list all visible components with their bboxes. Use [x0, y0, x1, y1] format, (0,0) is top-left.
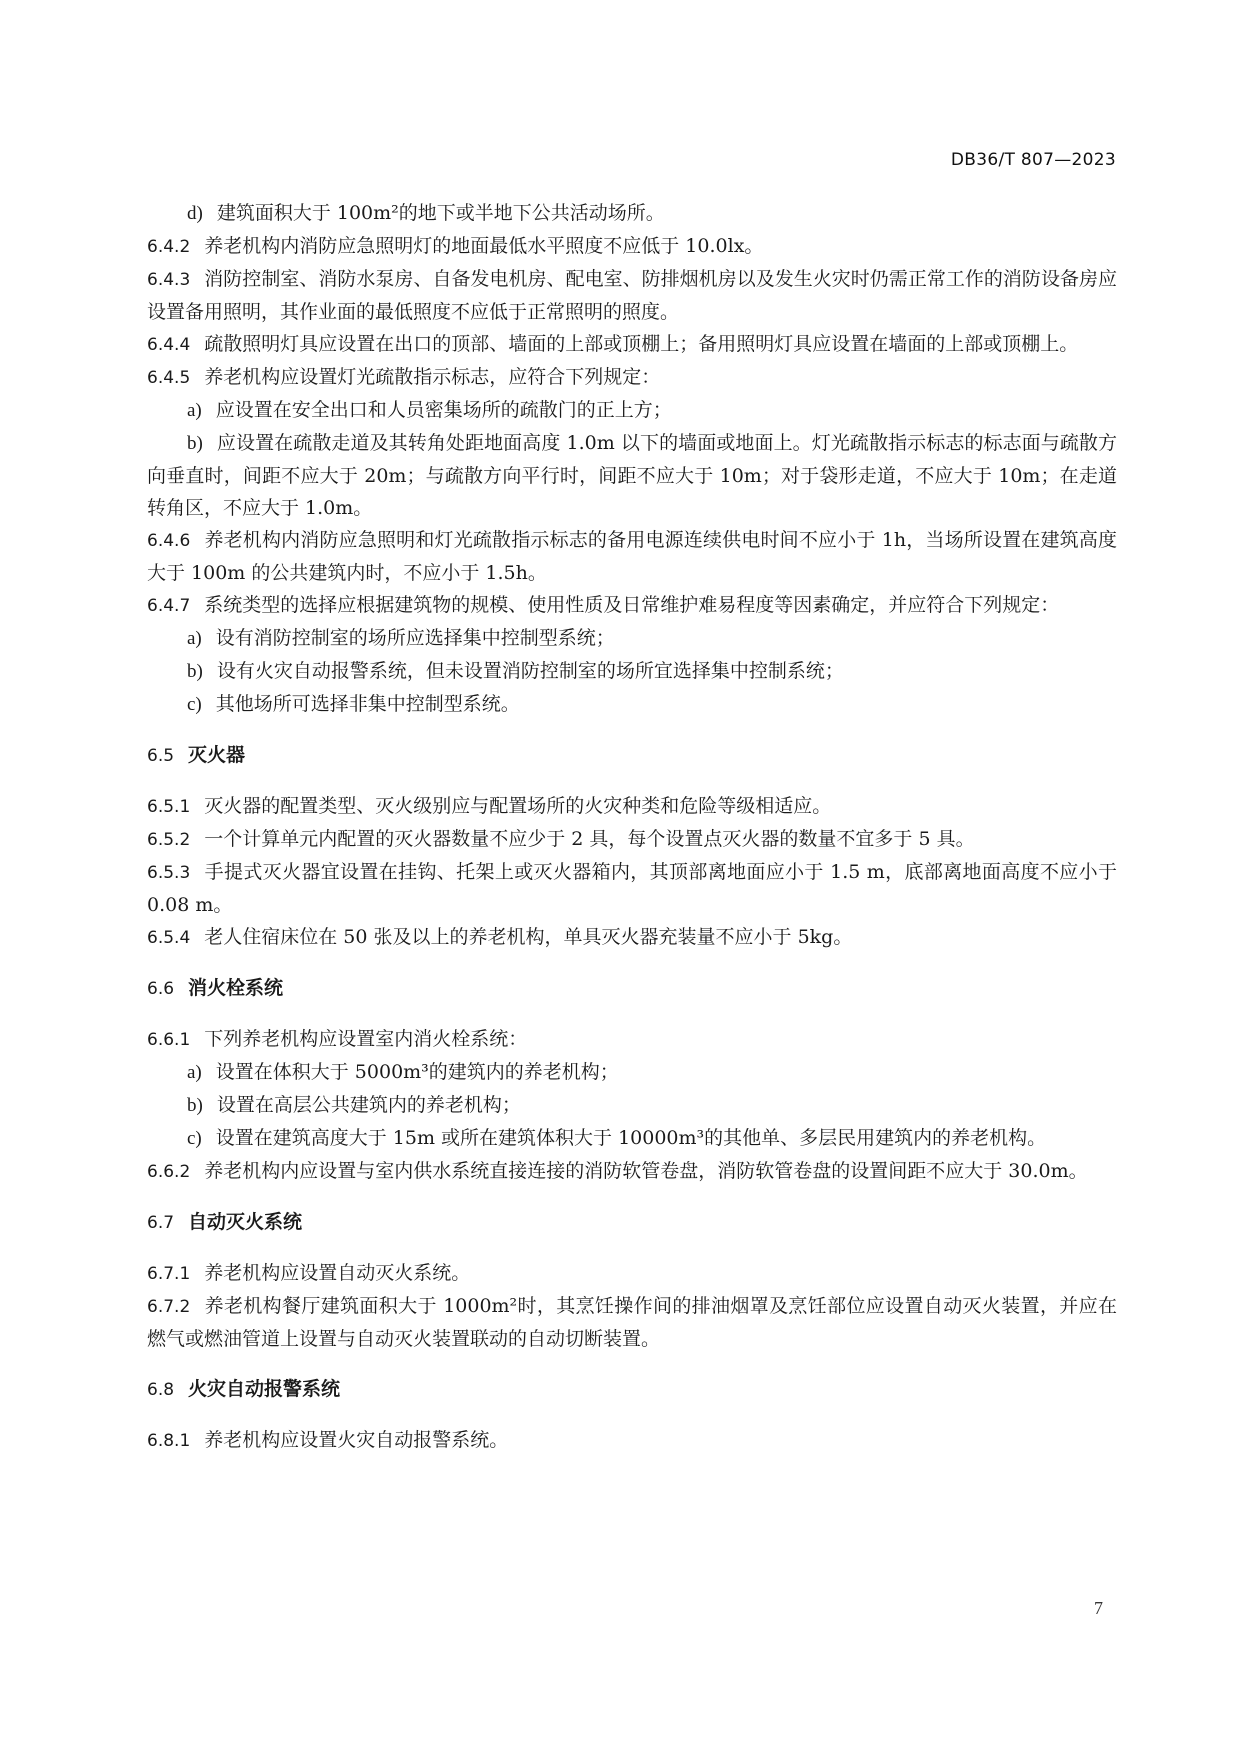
- document-id: DB36/T 807—2023: [951, 150, 1116, 170]
- clause-6-5-4: 6.5.4老人住宿床位在 50 张及以上的养老机构，单具灭火器充装量不应小于 5…: [147, 921, 1117, 954]
- clause-6-4-3: 6.4.3消防控制室、消防水泵房、自备发电机房、配电室、防排烟机房以及发生火灾时…: [147, 263, 1117, 328]
- clause-6-4-5: 6.4.5养老机构应设置灯光疏散指示标志，应符合下列规定：: [147, 361, 1117, 394]
- item-text: 应设置在疏散走道及其转角处距地面高度 1.0m 以下的墙面或地面上。灯光疏散指示…: [147, 432, 1117, 519]
- clause-text: 消防控制室、消防水泵房、自备发电机房、配电室、防排烟机房以及发生火灾时仍需正常工…: [147, 268, 1117, 323]
- section-title: 自动灭火系统: [188, 1211, 302, 1233]
- document-body: d)建筑面积大于 100m²的地下或半地下公共活动场所。 6.4.2养老机构内消…: [147, 197, 1117, 1457]
- clause-number: 6.4.2: [147, 237, 190, 257]
- section-title: 灭火器: [188, 744, 245, 766]
- item-text: 设置在高层公共建筑内的养老机构；: [217, 1094, 521, 1116]
- clause-number: 6.5.3: [147, 863, 190, 883]
- clause-text: 下列养老机构应设置室内消火栓系统：: [204, 1028, 527, 1050]
- list-item: a)设有消防控制室的场所应选择集中控制型系统；: [147, 622, 1117, 655]
- clause-text: 灭火器的配置类型、灭火级别应与配置场所的火灾种类和危险等级相适应。: [204, 795, 831, 817]
- page-number: 7: [1094, 1598, 1103, 1619]
- clause-number: 6.4.3: [147, 270, 190, 290]
- clause-number: 6.5.4: [147, 928, 190, 948]
- list-item: b)设置在高层公共建筑内的养老机构；: [147, 1089, 1117, 1122]
- clause-number: 6.7.2: [147, 1297, 190, 1317]
- section-heading-6-6: 6.6消火栓系统: [147, 972, 1117, 1005]
- clause-text: 养老机构应设置火灾自动报警系统。: [204, 1429, 508, 1451]
- item-text: 设有消防控制室的场所应选择集中控制型系统；: [216, 627, 615, 649]
- clause-6-4-4: 6.4.4疏散照明灯具应设置在出口的顶部、墙面的上部或顶棚上；备用照明灯具应设置…: [147, 328, 1117, 361]
- clause-6-8-1: 6.8.1养老机构应设置火灾自动报警系统。: [147, 1424, 1117, 1457]
- clause-text: 养老机构内消防应急照明和灯光疏散指示标志的备用电源连续供电时间不应小于 1h，当…: [147, 529, 1117, 584]
- section-number: 6.7: [147, 1213, 174, 1233]
- clause-number: 6.4.5: [147, 368, 190, 388]
- list-item: c)设置在建筑高度大于 15m 或所在建筑体积大于 10000m³的其他单、多层…: [147, 1122, 1117, 1155]
- clause-number: 6.7.1: [147, 1264, 190, 1284]
- item-text: 设置在建筑高度大于 15m 或所在建筑体积大于 10000m³的其他单、多层民用…: [216, 1127, 1046, 1149]
- document-page: DB36/T 807—2023 d)建筑面积大于 100m²的地下或半地下公共活…: [0, 0, 1241, 1754]
- clause-text: 养老机构餐厅建筑面积大于 1000m²时，其烹饪操作间的排油烟罩及烹饪部位应设置…: [147, 1295, 1117, 1350]
- item-marker: a): [187, 1062, 202, 1083]
- list-item: b)设有火灾自动报警系统，但未设置消防控制室的场所宜选择集中控制系统；: [147, 655, 1117, 688]
- clause-6-6-1: 6.6.1下列养老机构应设置室内消火栓系统：: [147, 1023, 1117, 1056]
- list-item: a)应设置在安全出口和人员密集场所的疏散门的正上方；: [147, 394, 1117, 427]
- clause-6-5-2: 6.5.2一个计算单元内配置的灭火器数量不应少于 2 具，每个设置点灭火器的数量…: [147, 823, 1117, 856]
- list-item: d)建筑面积大于 100m²的地下或半地下公共活动场所。: [147, 197, 1117, 230]
- item-text: 设有火灾自动报警系统，但未设置消防控制室的场所宜选择集中控制系统；: [217, 660, 844, 682]
- section-heading-6-8: 6.8火灾自动报警系统: [147, 1373, 1117, 1406]
- clause-6-7-2: 6.7.2养老机构餐厅建筑面积大于 1000m²时，其烹饪操作间的排油烟罩及烹饪…: [147, 1290, 1117, 1355]
- item-text: 设置在体积大于 5000m³的建筑内的养老机构；: [216, 1061, 619, 1083]
- clause-6-4-7: 6.4.7系统类型的选择应根据建筑物的规模、使用性质及日常维护难易程度等因素确定…: [147, 589, 1117, 622]
- clause-text: 手提式灭火器宜设置在挂钩、托架上或灭火器箱内，其顶部离地面应小于 1.5 m，底…: [147, 861, 1117, 916]
- clause-number: 6.6.2: [147, 1162, 190, 1182]
- item-marker: b): [187, 433, 203, 454]
- item-marker: d): [187, 203, 203, 224]
- section-heading-6-7: 6.7自动灭火系统: [147, 1206, 1117, 1239]
- item-marker: b): [187, 1095, 203, 1116]
- clause-text: 疏散照明灯具应设置在出口的顶部、墙面的上部或顶棚上；备用照明灯具应设置在墙面的上…: [204, 333, 1078, 355]
- clause-text: 系统类型的选择应根据建筑物的规模、使用性质及日常维护难易程度等因素确定，并应符合…: [204, 594, 1059, 616]
- item-text: 应设置在安全出口和人员密集场所的疏散门的正上方；: [216, 399, 672, 421]
- clause-6-4-6: 6.4.6养老机构内消防应急照明和灯光疏散指示标志的备用电源连续供电时间不应小于…: [147, 524, 1117, 589]
- clause-text: 养老机构内消防应急照明灯的地面最低水平照度不应低于 10.0lx。: [204, 235, 763, 257]
- section-number: 6.5: [147, 746, 174, 766]
- clause-6-6-2: 6.6.2养老机构内应设置与室内供水系统直接连接的消防软管卷盘，消防软管卷盘的设…: [147, 1155, 1117, 1188]
- clause-6-5-1: 6.5.1灭火器的配置类型、灭火级别应与配置场所的火灾种类和危险等级相适应。: [147, 790, 1117, 823]
- clause-text: 养老机构应设置自动灭火系统。: [204, 1262, 470, 1284]
- clause-text: 养老机构应设置灯光疏散指示标志，应符合下列规定：: [204, 366, 660, 388]
- clause-number: 6.4.7: [147, 596, 190, 616]
- clause-6-7-1: 6.7.1养老机构应设置自动灭火系统。: [147, 1257, 1117, 1290]
- clause-number: 6.4.4: [147, 335, 190, 355]
- clause-number: 6.6.1: [147, 1030, 190, 1050]
- section-number: 6.6: [147, 979, 174, 999]
- list-item: c)其他场所可选择非集中控制型系统。: [147, 688, 1117, 721]
- clause-number: 6.5.2: [147, 830, 190, 850]
- clause-6-4-2: 6.4.2养老机构内消防应急照明灯的地面最低水平照度不应低于 10.0lx。: [147, 230, 1117, 263]
- section-title: 火灾自动报警系统: [188, 1378, 340, 1400]
- list-item: b)应设置在疏散走道及其转角处距地面高度 1.0m 以下的墙面或地面上。灯光疏散…: [147, 427, 1117, 524]
- item-marker: b): [187, 661, 203, 682]
- clause-text: 老人住宿床位在 50 张及以上的养老机构，单具灭火器充装量不应小于 5kg。: [204, 926, 852, 948]
- clause-text: 养老机构内应设置与室内供水系统直接连接的消防软管卷盘，消防软管卷盘的设置间距不应…: [204, 1160, 1087, 1182]
- section-number: 6.8: [147, 1380, 174, 1400]
- clause-6-5-3: 6.5.3手提式灭火器宜设置在挂钩、托架上或灭火器箱内，其顶部离地面应小于 1.…: [147, 856, 1117, 921]
- list-item: a)设置在体积大于 5000m³的建筑内的养老机构；: [147, 1056, 1117, 1089]
- item-marker: a): [187, 400, 202, 421]
- clause-number: 6.4.6: [147, 531, 190, 551]
- clause-number: 6.5.1: [147, 797, 190, 817]
- section-heading-6-5: 6.5灭火器: [147, 739, 1117, 772]
- item-text: 建筑面积大于 100m²的地下或半地下公共活动场所。: [217, 202, 665, 224]
- section-title: 消火栓系统: [188, 977, 283, 999]
- clause-text: 一个计算单元内配置的灭火器数量不应少于 2 具，每个设置点灭火器的数量不宜多于 …: [204, 828, 974, 850]
- item-text: 其他场所可选择非集中控制型系统。: [216, 693, 520, 715]
- clause-number: 6.8.1: [147, 1431, 190, 1451]
- item-marker: a): [187, 628, 202, 649]
- item-marker: c): [187, 694, 202, 715]
- item-marker: c): [187, 1128, 202, 1149]
